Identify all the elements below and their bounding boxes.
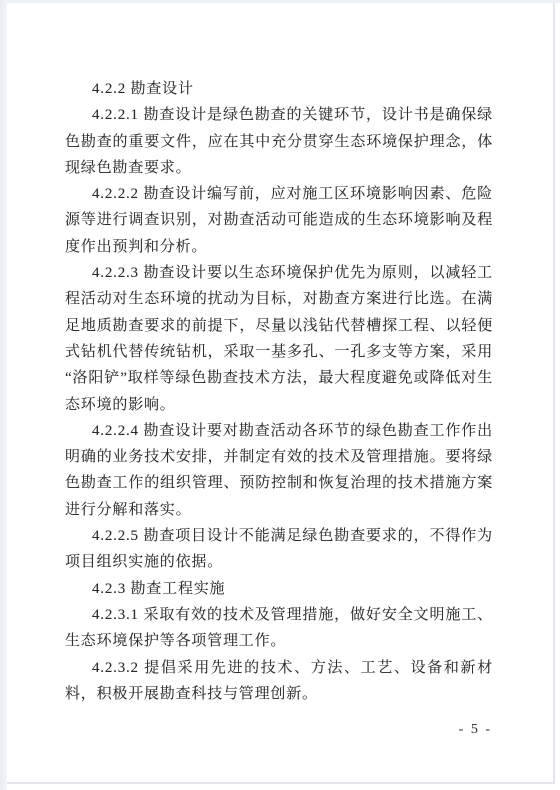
- document-page: 4.2.2 勘查设计 4.2.2.1 勘查设计是绿色勘查的关键环节，设计书是确保…: [0, 0, 560, 790]
- clause-4-2-2-3: 4.2.2.3 勘查设计要以生态环境保护优先为原则，以减轻工程活动对生态环境的扰…: [65, 260, 493, 418]
- scan-edge-right: [553, 3, 555, 783]
- heading-4-2-3: 4.2.3 勘查工程实施: [65, 576, 493, 602]
- scan-edge-bottom: [7, 782, 555, 784]
- clause-4-2-2-1: 4.2.2.1 勘查设计是绿色勘查的关键环节，设计书是确保绿色勘查的重要文件，应…: [65, 102, 493, 181]
- clause-4-2-3-1: 4.2.3.1 采取有效的技术及管理措施，做好安全文明施工、生态环境保护等各项管…: [65, 602, 493, 655]
- clause-4-2-2-2: 4.2.2.2 勘查设计编写前，应对施工区环境影响因素、危险源等进行调查识别，对…: [65, 181, 493, 260]
- clause-4-2-3-2: 4.2.3.2 提倡采用先进的技术、方法、工艺、设备和新材料，积极开展勘查科技与…: [65, 655, 493, 708]
- scan-edge-top: [0, 0, 560, 3]
- scan-edge-left: [0, 0, 7, 790]
- clause-4-2-2-5: 4.2.2.5 勘查项目设计不能满足绿色勘查要求的，不得作为项目组织实施的依据。: [65, 523, 493, 576]
- document-body-text: 4.2.2 勘查设计 4.2.2.1 勘查设计是绿色勘查的关键环节，设计书是确保…: [65, 76, 493, 707]
- heading-4-2-2: 4.2.2 勘查设计: [65, 76, 493, 102]
- clause-4-2-2-4: 4.2.2.4 勘查设计要对勘查活动各环节的绿色勘查工作作出明确的业务技术安排，…: [65, 418, 493, 523]
- page-number: - 5 -: [459, 722, 492, 738]
